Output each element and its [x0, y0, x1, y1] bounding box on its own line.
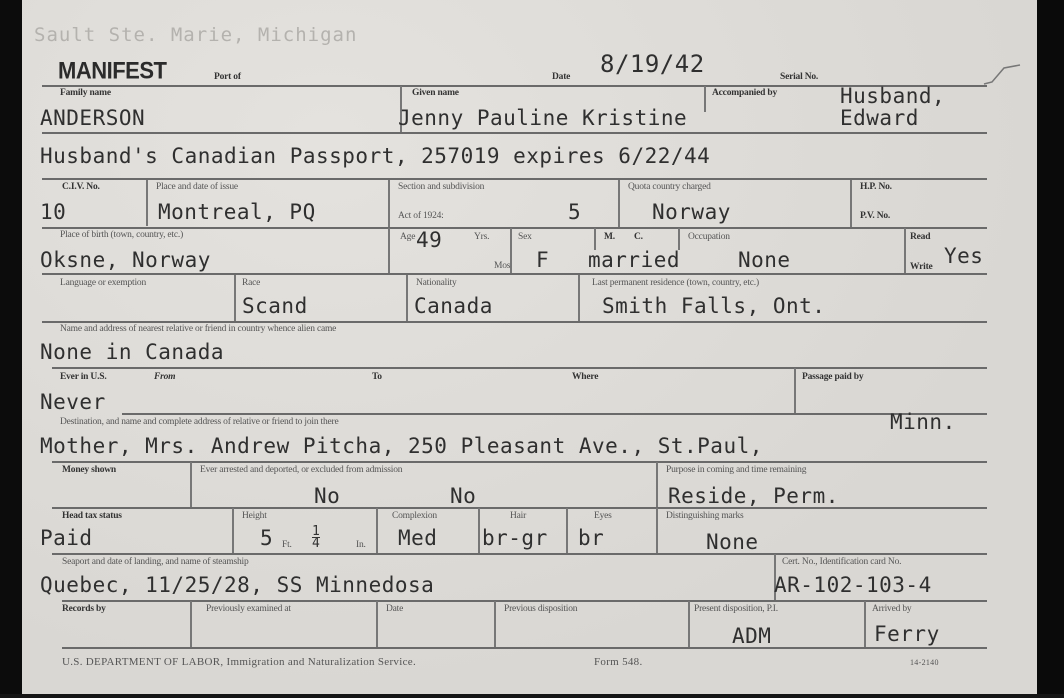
height-label: Height: [242, 511, 267, 521]
eyes-label: Eyes: [594, 511, 612, 521]
divider: [656, 462, 658, 508]
hp-number-label: H.P. No.: [860, 182, 892, 192]
language-label: Language or exemption: [60, 278, 146, 288]
civ-number-label: C.I.V. No.: [62, 182, 100, 192]
complexion-label: Complexion: [392, 511, 437, 521]
divider: [62, 600, 987, 602]
write-label: Write: [910, 262, 933, 272]
purpose-value: Reside, Perm.: [668, 484, 839, 508]
destination-value: Mother, Mrs. Andrew Pitcha, 250 Pleasant…: [40, 434, 763, 458]
divider: [566, 508, 568, 554]
last-residence-label: Last permanent residence (town, country,…: [592, 278, 759, 288]
records-by-label: Records by: [62, 604, 106, 614]
date-label: Date: [552, 72, 570, 82]
divider: [688, 601, 690, 648]
passage-paid-label: Passage paid by: [802, 372, 863, 382]
divider: [478, 508, 480, 554]
hair-label: Hair: [510, 511, 526, 521]
race-value: Scand: [242, 294, 308, 318]
date-value: 8/19/42: [600, 50, 705, 78]
hair-value: br-gr: [482, 526, 548, 550]
nationality-label: Nationality: [416, 278, 457, 288]
footer-form-number: Form 548.: [594, 656, 643, 668]
accompanied-label: Accompanied by: [712, 88, 777, 98]
ever-in-us-value: Never: [40, 390, 106, 414]
birthplace-value: Oksne, Norway: [40, 248, 211, 272]
manifest-title: MANIFEST: [58, 57, 166, 86]
divider: [42, 132, 987, 134]
divider: [864, 601, 866, 648]
sex-value: F: [536, 248, 549, 272]
divider: [52, 367, 987, 369]
issue-place-value: Montreal, PQ: [158, 200, 316, 224]
race-label: Race: [242, 278, 260, 288]
divider: [904, 228, 906, 274]
divider: [678, 228, 680, 250]
divider: [232, 508, 234, 554]
divider: [376, 508, 378, 554]
passport-note: Husband's Canadian Passport, 257019 expi…: [40, 144, 710, 168]
landing-value: Quebec, 11/25/28, SS Minnedosa: [40, 573, 434, 597]
issue-place-label: Place and date of issue: [156, 182, 238, 192]
divider: [494, 601, 496, 648]
divider: [618, 180, 620, 228]
divider: [52, 553, 987, 555]
divider: [594, 228, 596, 250]
divider: [190, 601, 192, 648]
feet-label: Ft.: [282, 540, 292, 550]
accompanied-value-1: Husband,: [840, 84, 945, 108]
read-label: Read: [910, 232, 930, 242]
arrested-label: Ever arrested and deported, or excluded …: [200, 465, 402, 475]
distinguishing-marks-label: Distinguishing marks: [666, 511, 744, 521]
married-c-label: C.: [634, 232, 643, 242]
last-residence-value: Smith Falls, Ont.: [602, 294, 825, 318]
distinguishing-marks-value: None: [706, 530, 759, 554]
divider: [234, 275, 236, 321]
divider: [62, 647, 987, 649]
port-of-label: Port of: [214, 72, 241, 82]
relative-value: None in Canada: [40, 340, 224, 364]
money-shown-label: Money shown: [62, 465, 116, 475]
occupation-value: None: [738, 248, 791, 272]
manifest-card: Sault Ste. Marie, Michigan MANIFEST Port…: [22, 0, 1037, 694]
quota-country-label: Quota country charged: [628, 182, 711, 192]
divider: [406, 275, 408, 321]
divider: [794, 368, 796, 414]
act-label: Act of 1924:: [398, 211, 444, 221]
divider: [52, 507, 987, 509]
where-label: Where: [572, 372, 598, 382]
present-disposition-value: ADM: [732, 624, 771, 648]
id-card-value: AR-102-103-4: [774, 573, 932, 597]
pv-number-label: P.V. No.: [860, 211, 890, 221]
head-tax-value: Paid: [40, 526, 93, 550]
arrived-by-label: Arrived by: [872, 604, 911, 614]
sex-label: Sex: [518, 232, 532, 242]
accompanied-value-2: Edward: [840, 106, 919, 130]
arrested-value-2: No: [450, 484, 476, 508]
present-disposition-label: Present disposition, P.I.: [694, 604, 778, 614]
footer-print-code: 14-2140: [910, 658, 939, 667]
arrived-by-value: Ferry: [874, 622, 940, 646]
fraction-denominator: 4: [312, 537, 320, 549]
section-label: Section and subdivision: [398, 182, 484, 192]
civ-number-value: 10: [40, 200, 66, 224]
divider: [850, 180, 852, 228]
occupation-label: Occupation: [688, 232, 730, 242]
purpose-label: Purpose in coming and time remaining: [666, 465, 806, 475]
divider: [42, 321, 987, 323]
section-value: 5: [568, 200, 581, 224]
faint-port-header: Sault Ste. Marie, Michigan: [34, 24, 357, 46]
nationality-value: Canada: [414, 294, 493, 318]
divider: [376, 601, 378, 648]
serial-label: Serial No.: [780, 72, 818, 82]
divider: [388, 228, 390, 274]
divider: [190, 462, 192, 508]
read-write-value: Yes: [944, 244, 983, 268]
divider: [578, 275, 580, 321]
given-name-label: Given name: [412, 88, 459, 98]
eyes-value: br: [578, 526, 604, 550]
height-inches-value: 1 4: [312, 526, 320, 549]
footer-agency: U.S. DEPARTMENT OF LABOR, Immigration an…: [62, 656, 416, 668]
divider: [656, 508, 658, 554]
years-label: Yrs.: [474, 232, 489, 242]
divider: [42, 178, 987, 180]
relative-label: Name and address of nearest relative or …: [60, 324, 336, 334]
inches-label: In.: [356, 540, 366, 550]
married-m-label: M.: [604, 232, 615, 242]
divider: [388, 180, 390, 228]
age-value: 49: [416, 228, 442, 252]
landing-label: Seaport and date of landing, and name of…: [62, 557, 249, 567]
divider: [704, 86, 706, 112]
pen-mark-icon: [982, 62, 1022, 88]
previous-disposition-label: Previous disposition: [504, 604, 577, 614]
arrested-value-1: No: [314, 484, 340, 508]
height-feet-value: 5: [260, 526, 273, 550]
divider: [42, 273, 987, 275]
divider: [42, 227, 987, 229]
head-tax-label: Head tax status: [62, 511, 122, 521]
family-name-label: Family name: [60, 88, 111, 98]
complexion-value: Med: [398, 526, 437, 550]
destination-overflow-value: Minn.: [890, 410, 956, 434]
scan-border-right: [1037, 0, 1064, 698]
divider: [146, 180, 148, 226]
scan-border-bottom: [0, 694, 1064, 698]
family-name-value: ANDERSON: [40, 106, 145, 130]
divider: [122, 413, 987, 415]
ever-in-us-label: Ever in U.S.: [60, 372, 107, 382]
destination-label: Destination, and name and complete addre…: [60, 417, 339, 427]
to-label: To: [372, 372, 382, 382]
divider: [52, 461, 987, 463]
from-label: From: [154, 372, 175, 382]
given-name-value: Jenny Pauline Kristine: [398, 106, 687, 130]
exam-date-label: Date: [386, 604, 403, 614]
quota-country-value: Norway: [652, 200, 731, 224]
id-card-label: Cert. No., Identification card No.: [782, 557, 901, 567]
divider: [510, 228, 512, 274]
birthplace-label: Place of birth (town, country, etc.): [60, 230, 183, 240]
age-label: Age: [400, 232, 415, 242]
marital-status-value: married: [588, 248, 680, 272]
previously-examined-label: Previously examined at: [206, 604, 291, 614]
